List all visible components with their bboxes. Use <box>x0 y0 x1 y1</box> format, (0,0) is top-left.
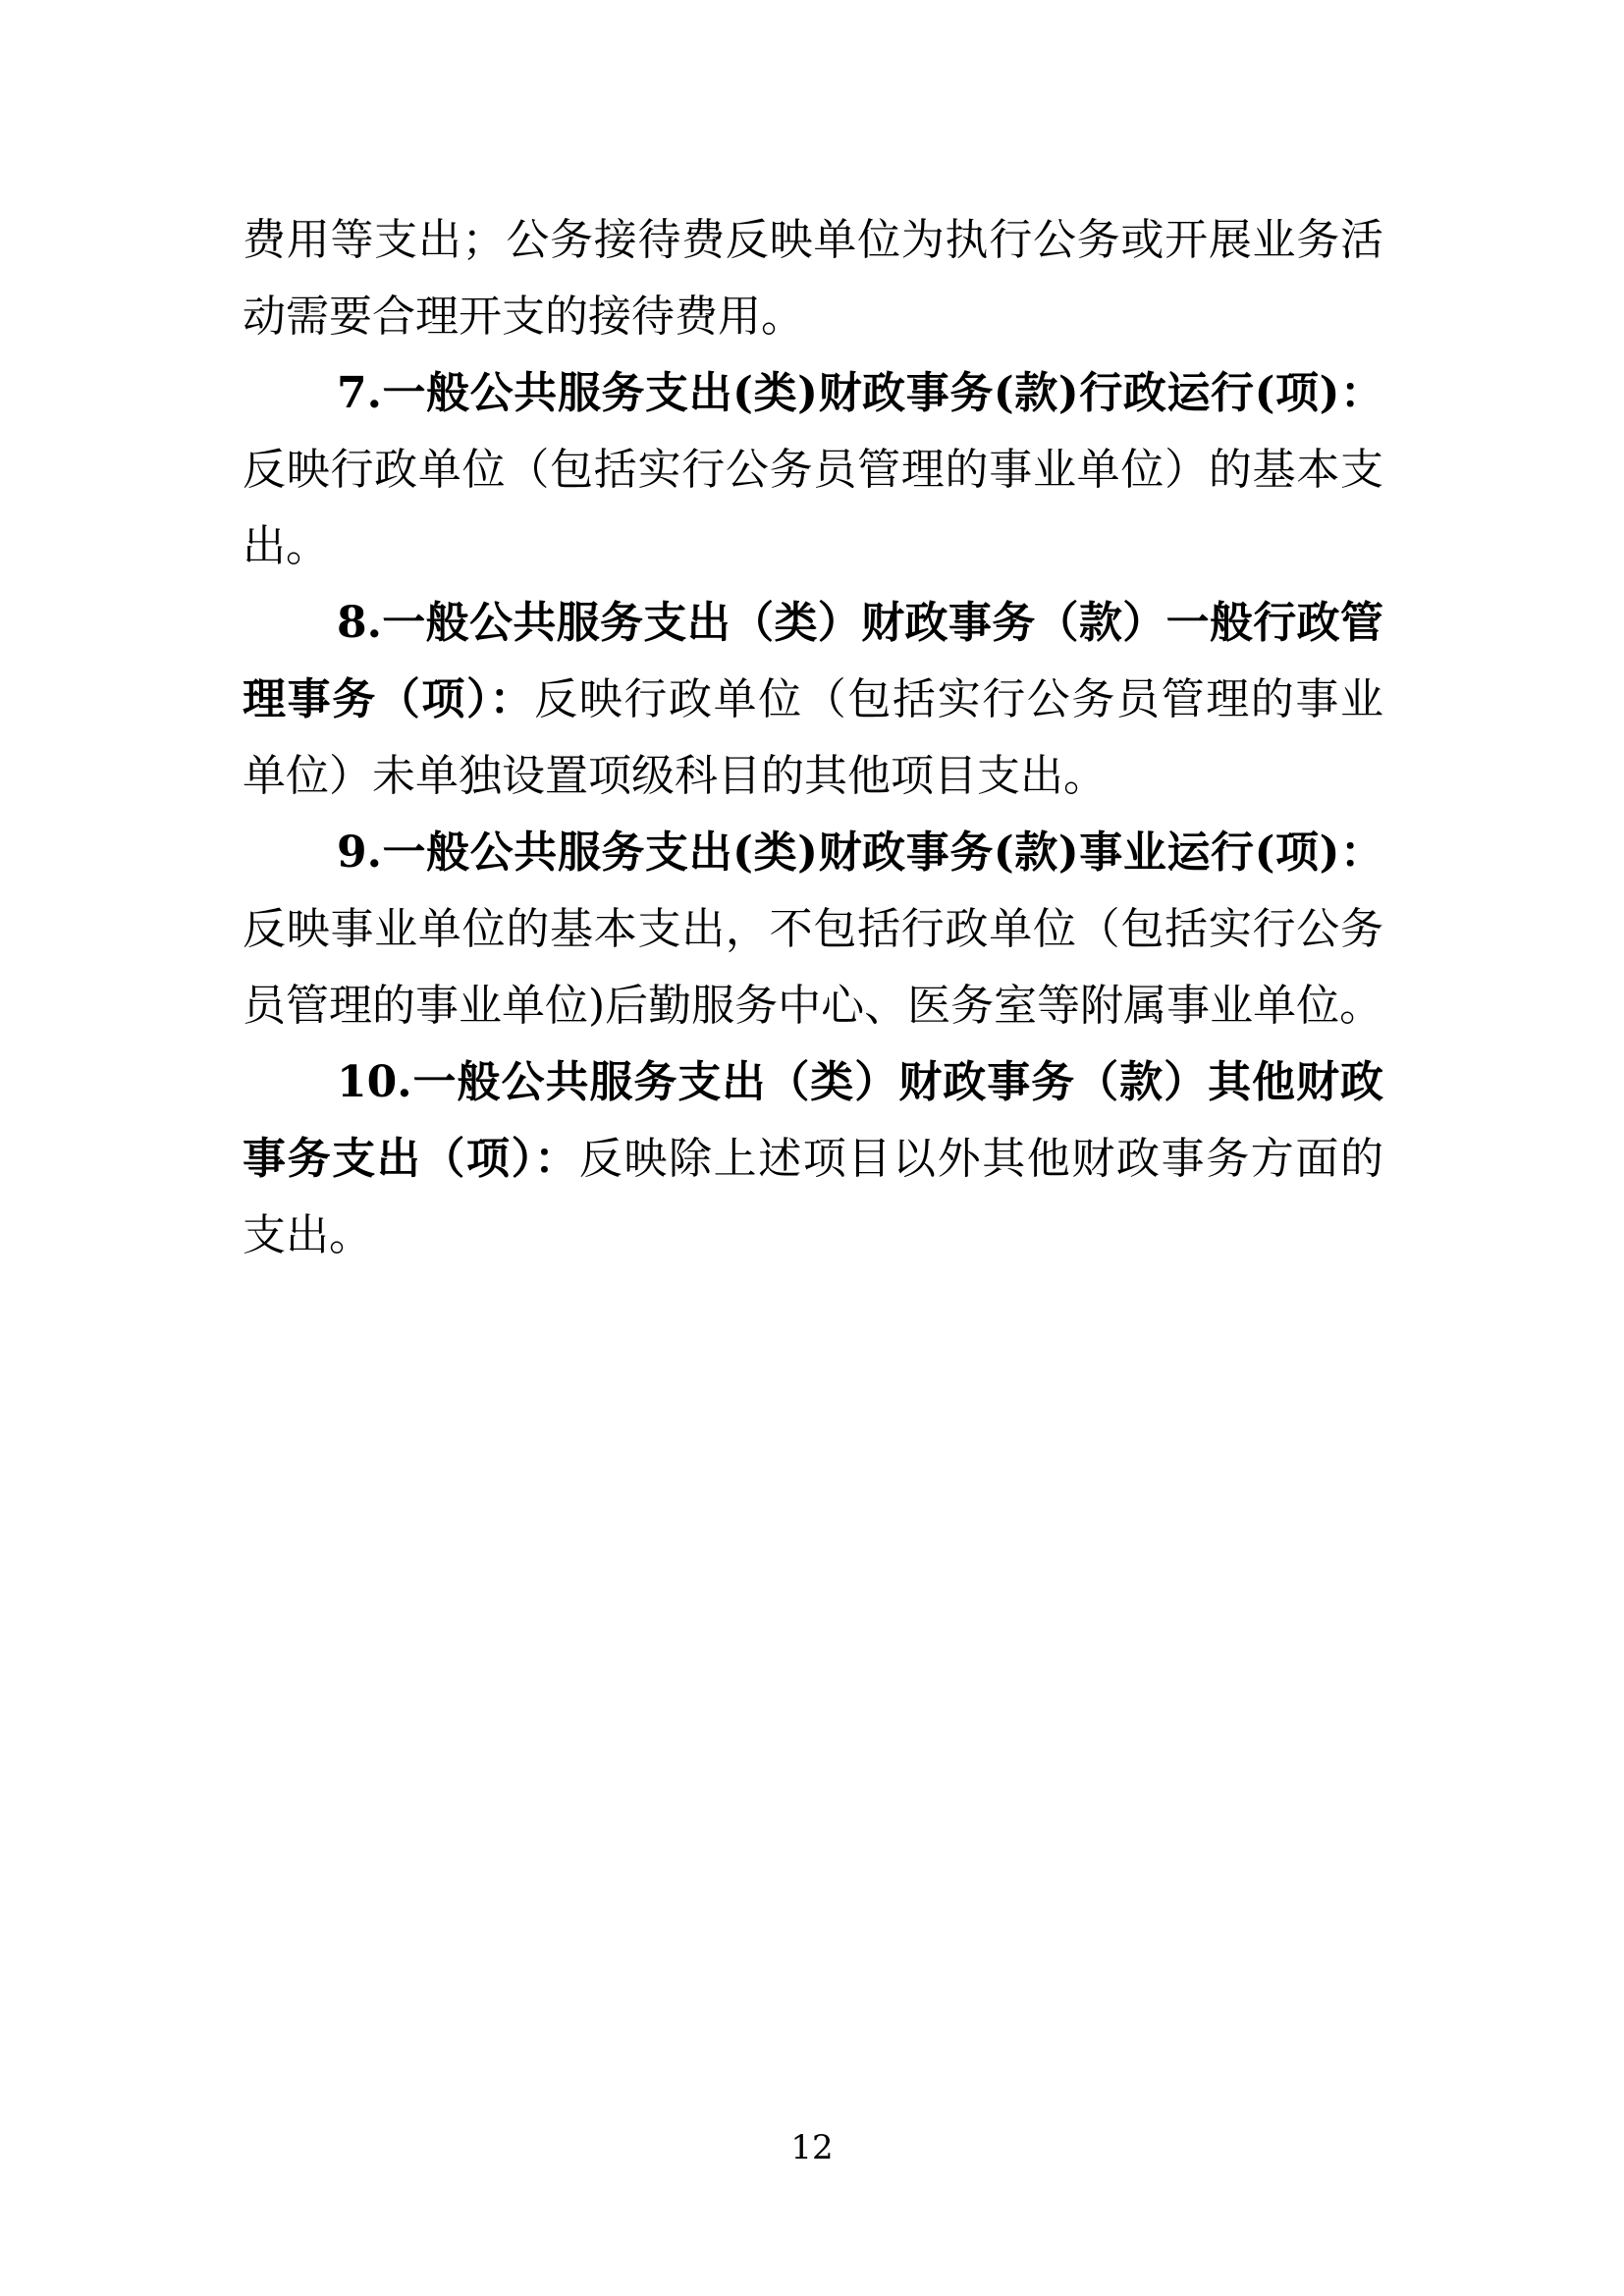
heading-segment: 7.一般公共服务支出(类)财政事务(款)行政运行(项)： <box>337 368 1383 418</box>
heading-segment: 9.一般公共服务支出(类)财政事务(款)事业运行(项)： <box>337 828 1383 878</box>
document-body: 费用等支出；公务接待费反映单位为执行公务或开展业务活动需要合理开支的接待费用。7… <box>243 202 1383 1274</box>
text-segment: 反映事业单位的基本支出，不包括行政单位（包括实行公务员管理的事业单位)后勤服务中… <box>243 904 1383 1031</box>
text-segment: 反映行政单位（包括实行公务员管理的事业单位）的基本支出。 <box>243 445 1383 571</box>
document-page: 费用等支出；公务接待费反映单位为执行公务或开展业务活动需要合理开支的接待费用。7… <box>0 0 1624 2296</box>
page-number: 12 <box>0 2130 1624 2166</box>
paragraph: 10.一般公共服务支出（类）财政事务（款）其他财政事务支出（项）：反映除上述项目… <box>243 1044 1383 1274</box>
paragraph: 9.一般公共服务支出(类)财政事务(款)事业运行(项)：反映事业单位的基本支出，… <box>243 815 1383 1044</box>
paragraph: 费用等支出；公务接待费反映单位为执行公务或开展业务活动需要合理开支的接待费用。 <box>243 202 1383 355</box>
paragraph: 7.一般公共服务支出(类)财政事务(款)行政运行(项)：反映行政单位（包括实行公… <box>243 355 1383 585</box>
text-segment: 费用等支出；公务接待费反映单位为执行公务或开展业务活动需要合理开支的接待费用。 <box>243 215 1383 342</box>
paragraph: 8.一般公共服务支出（类）财政事务（款）一般行政管理事务（项）：反映行政单位（包… <box>243 585 1383 815</box>
